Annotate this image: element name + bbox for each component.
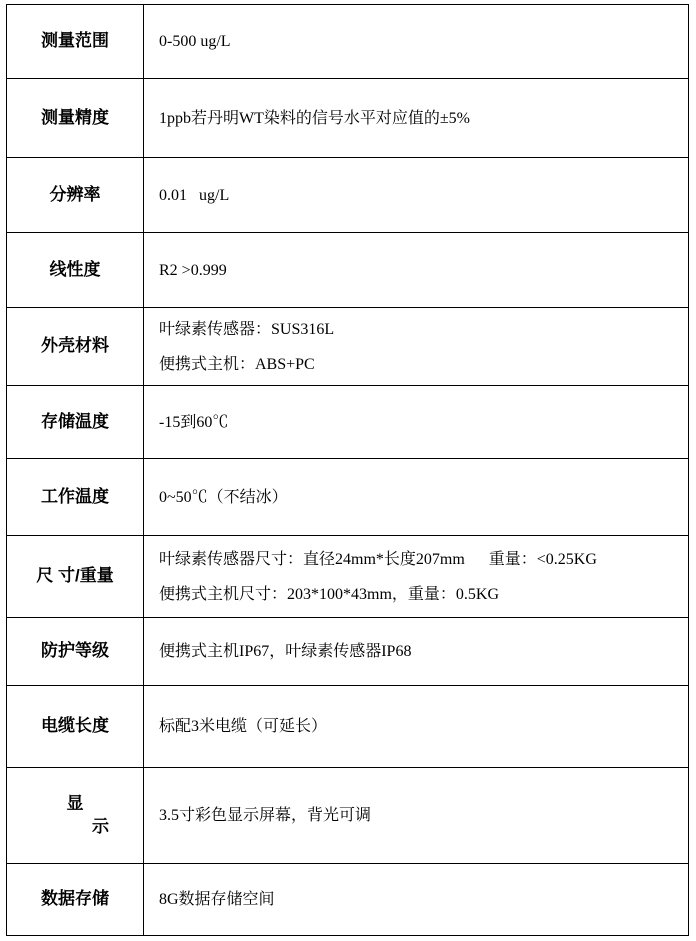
table-row: 线性度 R2 >0.999 — [7, 233, 688, 308]
spec-value: 3.5寸彩色显示屏幕，背光可调 — [144, 768, 688, 863]
spec-label: 电缆长度 — [7, 686, 144, 767]
spec-value: 0~50℃（不结冰） — [144, 459, 688, 535]
table-row: 防护等级 便携式主机IP67，叶绿素传感器IP68 — [7, 618, 688, 686]
spec-value: 0.01 ug/L — [144, 158, 688, 232]
table-row: 测量精度 1ppb若丹明WT染料的信号水平对应值的±5% — [7, 79, 688, 158]
spec-label: 防护等级 — [7, 618, 144, 685]
spec-label: 测量精度 — [7, 79, 144, 157]
spec-value: 叶绿素传感器：SUS316L 便携式主机：ABS+PC — [144, 308, 688, 385]
table-row: 工作温度 0~50℃（不结冰） — [7, 459, 688, 536]
spec-value: 8G数据存储空间 — [144, 864, 688, 935]
spec-value: 标配3米电缆（可延长） — [144, 686, 688, 767]
spec-label: 尺 寸/重量 — [7, 536, 144, 617]
spec-value: 便携式主机IP67，叶绿素传感器IP68 — [144, 618, 688, 685]
table-row: 测量范围 0-500 ug/L — [7, 5, 688, 79]
spec-value: R2 >0.999 — [144, 233, 688, 307]
table-row: 存储温度 -15到60℃ — [7, 386, 688, 459]
spec-label: 分辨率 — [7, 158, 144, 232]
table-row: 分辨率 0.01 ug/L — [7, 158, 688, 233]
spec-table: 测量范围 0-500 ug/L 测量精度 1ppb若丹明WT染料的信号水平对应值… — [6, 4, 689, 936]
table-row: 电缆长度 标配3米电缆（可延长） — [7, 686, 688, 768]
spec-value: 叶绿素传感器尺寸：直径24mm*长度207mm 重量：<0.25KG 便携式主机… — [144, 536, 688, 617]
spec-value: 1ppb若丹明WT染料的信号水平对应值的±5% — [144, 79, 688, 157]
spec-label: 外壳材料 — [7, 308, 144, 385]
table-row: 数据存储 8G数据存储空间 — [7, 864, 688, 935]
spec-label: 显 示 — [7, 768, 144, 863]
spec-value: -15到60℃ — [144, 386, 688, 458]
spec-value: 0-500 ug/L — [144, 5, 688, 78]
spec-label: 数据存储 — [7, 864, 144, 935]
table-row: 外壳材料 叶绿素传感器：SUS316L 便携式主机：ABS+PC — [7, 308, 688, 386]
spec-label: 存储温度 — [7, 386, 144, 458]
table-row: 显 示 3.5寸彩色显示屏幕，背光可调 — [7, 768, 688, 864]
table-row: 尺 寸/重量 叶绿素传感器尺寸：直径24mm*长度207mm 重量：<0.25K… — [7, 536, 688, 618]
spec-label: 测量范围 — [7, 5, 144, 78]
spec-label: 工作温度 — [7, 459, 144, 535]
spec-label: 线性度 — [7, 233, 144, 307]
